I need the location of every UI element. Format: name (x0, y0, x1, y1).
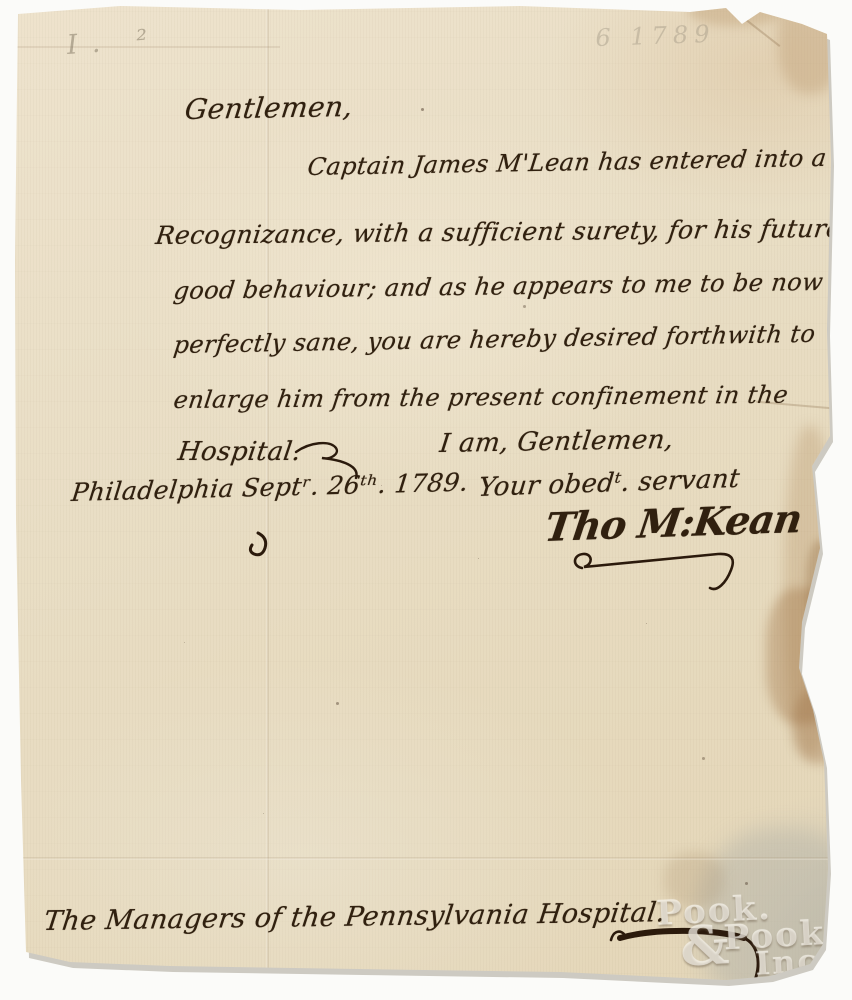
letter-line: enlarge him from the present confinement… (172, 381, 790, 414)
pencil-annotation-top-left: I. ² (66, 23, 163, 61)
pencil-annotation-top-right: 6 1789 (595, 20, 716, 52)
salutation: Gentlemen, (183, 90, 355, 126)
paper: I. ² 6 1789 Gentlemen, Captain James M'L… (0, 0, 852, 1000)
stain (793, 688, 845, 764)
valediction: Your obedᵗ. servant (477, 464, 741, 503)
stray-ink-mark (250, 533, 265, 555)
address-dash-hook (611, 932, 624, 940)
signature: Tho M:Kean (542, 496, 804, 551)
ink-speck-group (0, 0, 3, 3)
letter-line: Hospital. (176, 437, 303, 467)
letter-line: Recognizance, with a sufficient surety, … (154, 214, 843, 250)
crease-top-right-corner (729, 6, 781, 47)
letter-photo: I. ² 6 1789 Gentlemen, Captain James M'L… (0, 0, 852, 1000)
letter-line: good behaviour; and as he appears to me … (172, 268, 825, 305)
address-line: The Managers of the Pennsylvania Hospita… (42, 897, 667, 937)
fold-crease-horizontal (0, 857, 852, 860)
closing-intro: I am, Gentlemen, (438, 425, 675, 459)
stain (778, 0, 842, 94)
dateline: Philadelphia Septʳ. 26ᵗʰ. 1789. (70, 468, 470, 507)
letter-line: Captain James M'Lean has entered into a (306, 144, 828, 181)
letter-line: perfectly sane, you are hereby desired f… (172, 320, 817, 359)
signature-flourish (575, 554, 733, 589)
